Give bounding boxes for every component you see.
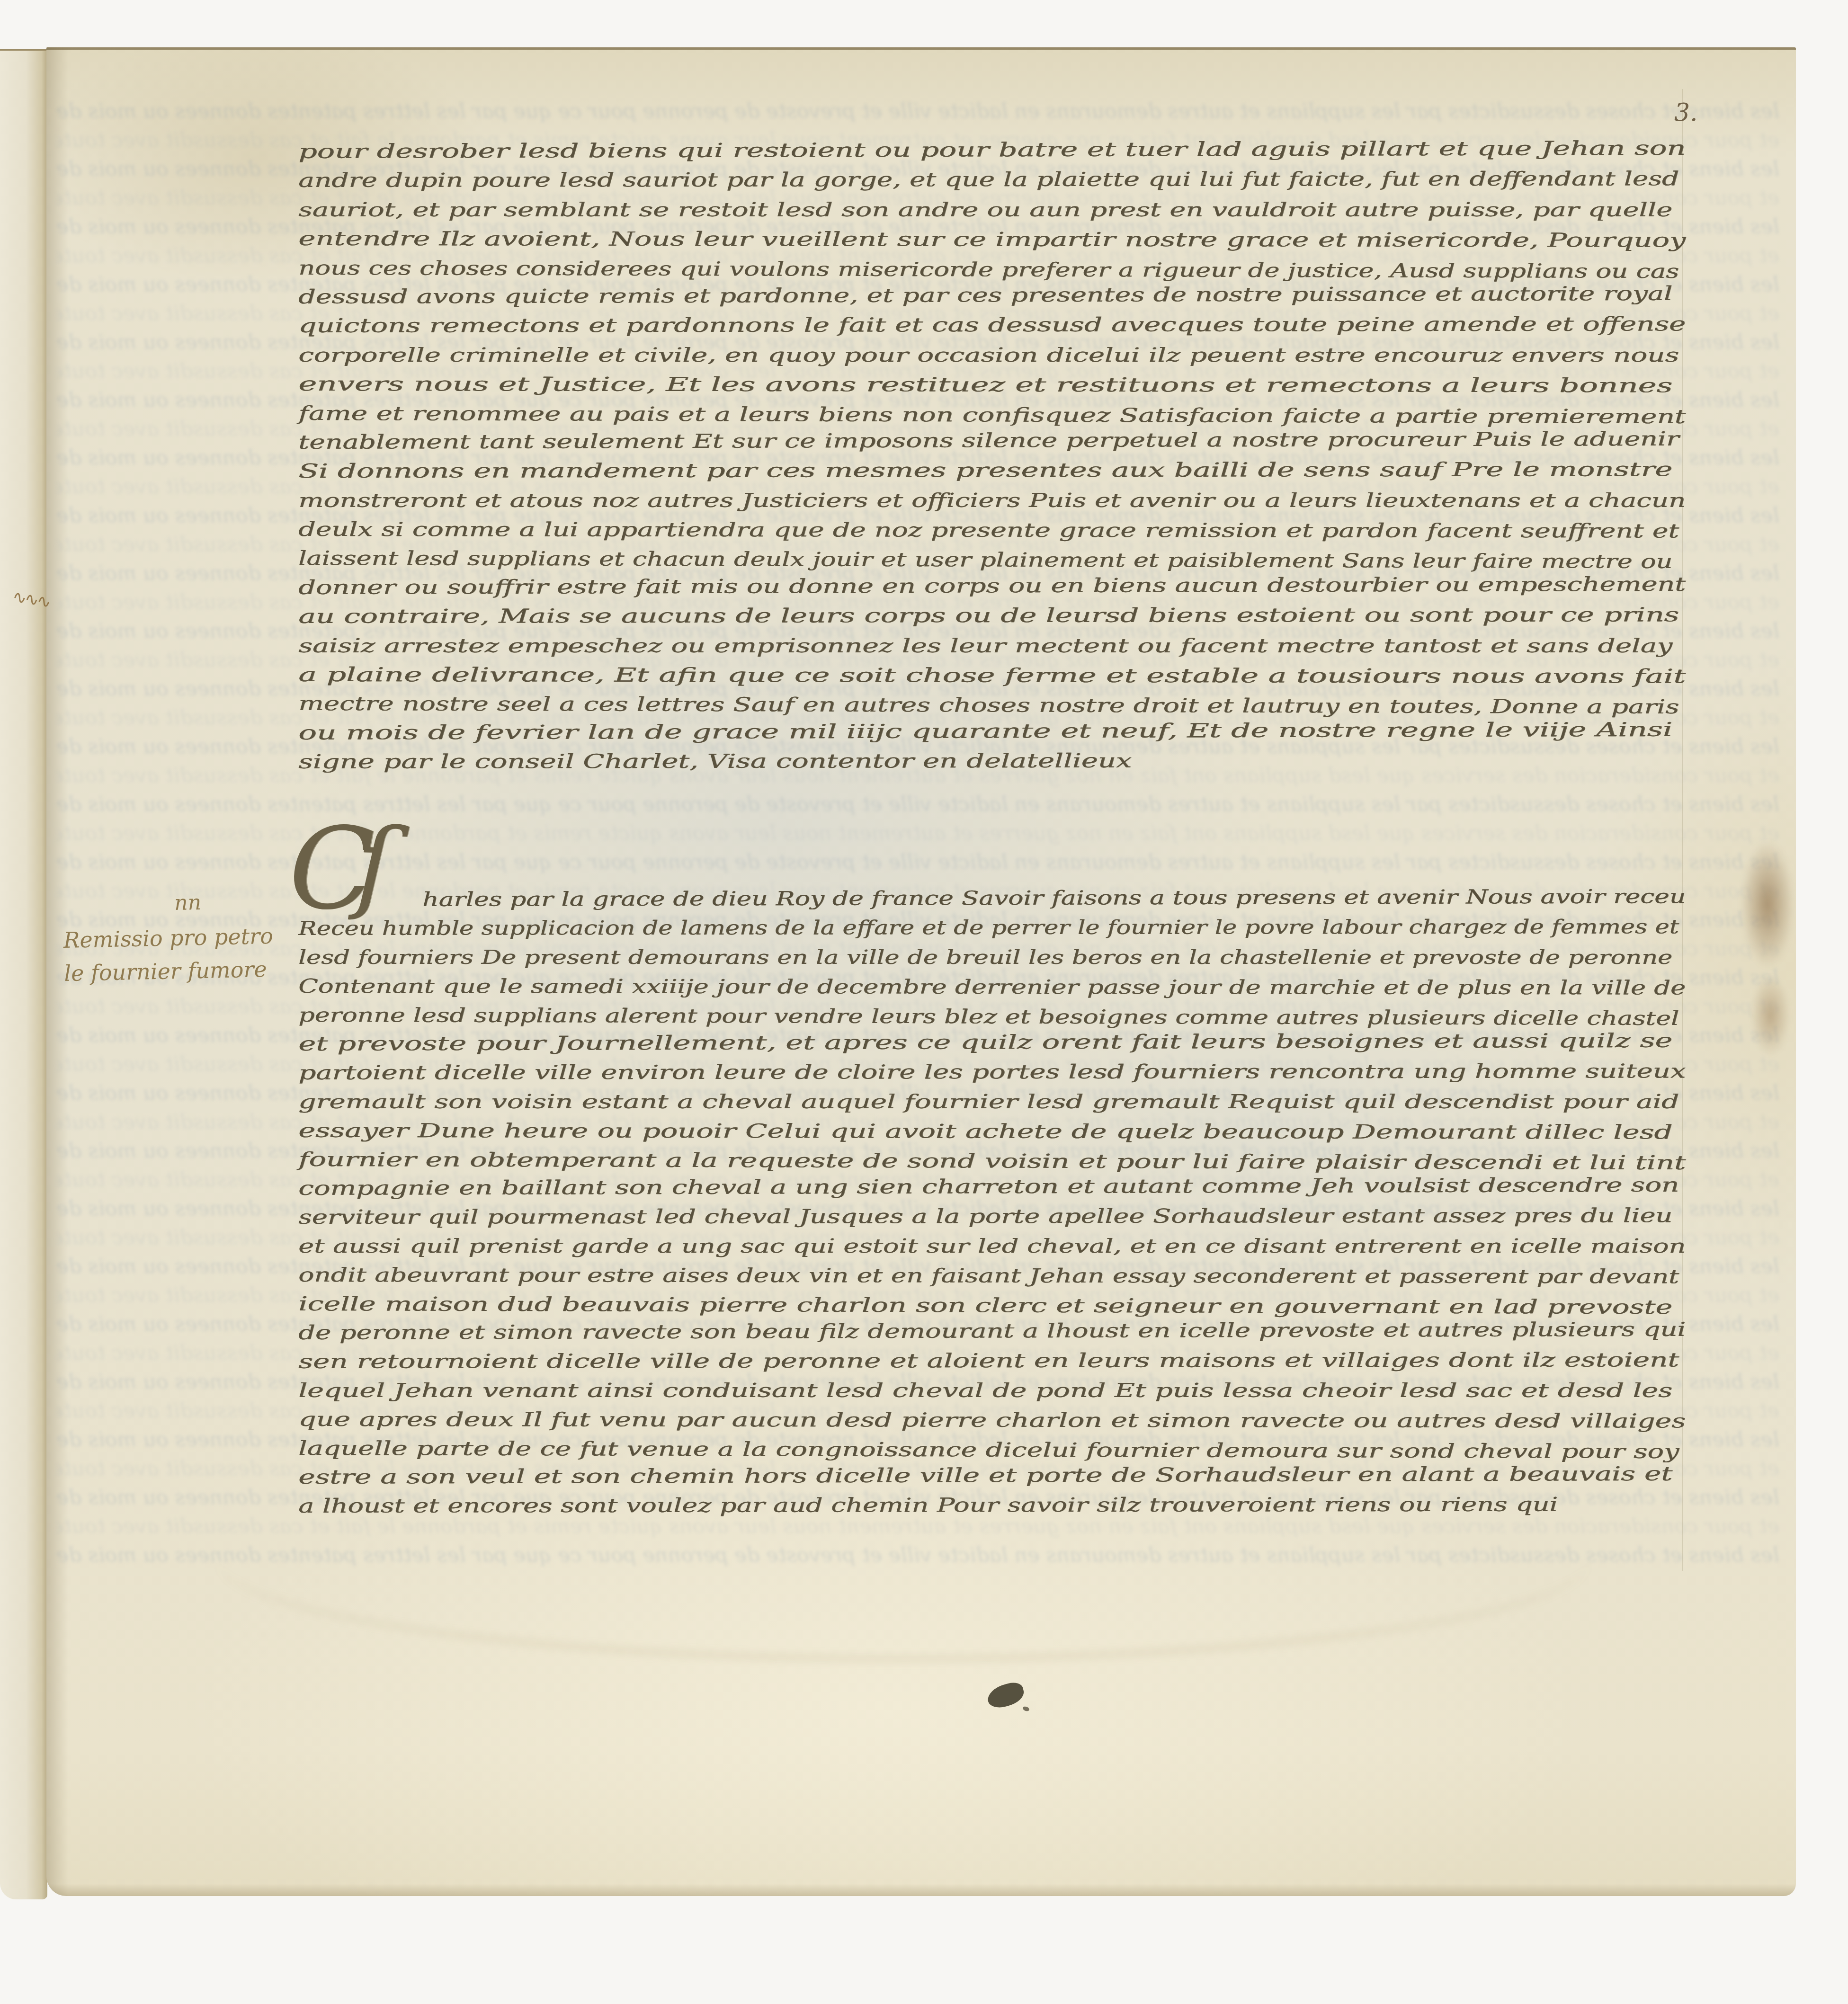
manuscript-line: sen retournoient dicelle ville de peronn… xyxy=(298,1350,1686,1379)
bleedthrough-line: les biens et choses dessusdictes par les… xyxy=(56,99,1779,123)
manuscript-line: ou mois de fevrier lan de grace mil iiij… xyxy=(298,721,1686,750)
manuscript-line: Contenant que le samedi xxiiije jour de … xyxy=(298,975,1686,1004)
manuscript-line: estre a son veul et son chemin hors dice… xyxy=(298,1466,1686,1495)
manuscript-line: deulx si comme a lui appartiendra que de… xyxy=(298,518,1686,547)
manuscript-line: entendre Ilz avoient, Nous leur vueillen… xyxy=(298,227,1686,256)
manuscript-line: compagnie en baillant son cheval a ung s… xyxy=(298,1177,1686,1206)
edge-stain xyxy=(1744,961,1796,1070)
manuscript-line: tenablement tant seulement Et sur ce imp… xyxy=(298,431,1686,460)
manuscript-line: gremault son voisin estant a cheval auqu… xyxy=(298,1090,1686,1119)
manuscript-line: andre dupin poure lesd sauriot par la go… xyxy=(298,169,1686,198)
manuscript-line: corporelle criminelle et civile, en quoy… xyxy=(298,344,1686,373)
margin-note-line: nn xyxy=(62,889,290,927)
manuscript-line: fame et renommee au pais et a leurs bien… xyxy=(298,402,1686,431)
manuscript-line: mectre nostre seel a ces lettres Sauf en… xyxy=(298,692,1686,721)
manuscript-line: peronne lesd supplians alerent pour vend… xyxy=(298,1004,1686,1033)
previous-folio-edge xyxy=(0,49,47,1899)
manuscript-line: de peronne et simon ravecte son beau fil… xyxy=(298,1321,1686,1350)
ink-speck xyxy=(1022,1706,1030,1712)
parchment-page: les biens et choses dessusdictes par les… xyxy=(46,47,1796,1896)
margin-note: nnRemissio pro petrole fournier fumore xyxy=(62,889,292,994)
manuscript-line: a lhoust et encores sont voulez par aud … xyxy=(298,1495,1686,1523)
manuscript-line: a plaine delivrance, Et afin que ce soit… xyxy=(298,663,1686,692)
manuscript-line: laissent lesd supplians et chacun deulx … xyxy=(298,547,1686,576)
manuscript-line: lesd fourniers De present demourans en l… xyxy=(298,946,1686,975)
manuscript-line: laquelle parte de ce fut venue a la cong… xyxy=(298,1437,1686,1466)
paragraph-2: harles par la grace de dieu Roy de franc… xyxy=(298,888,1686,1523)
manuscript-line: partoient dicelle ville environ leure de… xyxy=(298,1061,1686,1090)
manuscript-line: quictons remectons et pardonnons le fait… xyxy=(298,314,1686,343)
folio-number: 3. xyxy=(1674,98,1698,127)
manuscript-line: pour desrober lesd biens qui restoient o… xyxy=(298,140,1686,169)
margin-note-line: Remissio pro petro xyxy=(63,923,291,961)
manuscript-line: sauriot, et par semblant se restoit lesd… xyxy=(298,198,1686,227)
manuscript-line: que apres deux Il fut venu par aucun des… xyxy=(298,1408,1686,1437)
paragraph-1: pour desrober lesd biens qui restoient o… xyxy=(298,140,1686,780)
manuscript-line: nous ces choses considerees qui voulons … xyxy=(298,257,1686,285)
manuscript-line: lequel Jehan venant ainsi conduisant les… xyxy=(298,1379,1686,1408)
page-bottom-edge xyxy=(46,1884,1796,1896)
manuscript-line: harles par la grace de dieu Roy de franc… xyxy=(298,888,1686,917)
manuscript-line: signe par le conseil Charlet, Visa conte… xyxy=(298,750,1686,779)
manuscript-line: essayer Dune heure ou pouoir Celui qui a… xyxy=(298,1119,1686,1148)
manuscript-line: et prevoste pour Journellement, et apres… xyxy=(298,1033,1686,1061)
manuscript-line: Si donnons en mandement par ces mesmes p… xyxy=(298,460,1686,489)
manuscript-line: serviteur quil pourmenast led cheval Jus… xyxy=(298,1206,1686,1235)
page-top-edge xyxy=(46,47,1796,50)
manuscript-line: envers nous et Justice, Et les avons res… xyxy=(298,373,1686,401)
manuscript-line: saisiz arrestez empeschez ou emprisonnez… xyxy=(298,634,1686,663)
manuscript-line: dessusd avons quicte remis et pardonne, … xyxy=(298,285,1686,314)
scanned-manuscript-page: les biens et choses dessusdictes par les… xyxy=(0,0,1848,2004)
manuscript-line: Receu humble supplicacion de lamens de l… xyxy=(298,917,1686,946)
margin-note-line: le fournier fumore xyxy=(64,956,292,994)
manuscript-line: fournier en obtemperant a la requeste de… xyxy=(298,1148,1686,1177)
manuscript-line: au contraire, Mais se aucuns de leurs co… xyxy=(298,605,1686,634)
manuscript-line: donner ou souffrir estre fait mis ou don… xyxy=(298,576,1686,605)
manuscript-line: et aussi quil prenist garde a ung sac qu… xyxy=(298,1235,1686,1264)
manuscript-line: monstreront et atous noz autres Justicie… xyxy=(298,489,1686,518)
manuscript-line: icelle maison dud beauvais pierre charlo… xyxy=(298,1292,1686,1321)
manuscript-line: ondit abeuvrant pour estre aises deux vi… xyxy=(298,1264,1686,1292)
ink-blot xyxy=(985,1680,1027,1710)
